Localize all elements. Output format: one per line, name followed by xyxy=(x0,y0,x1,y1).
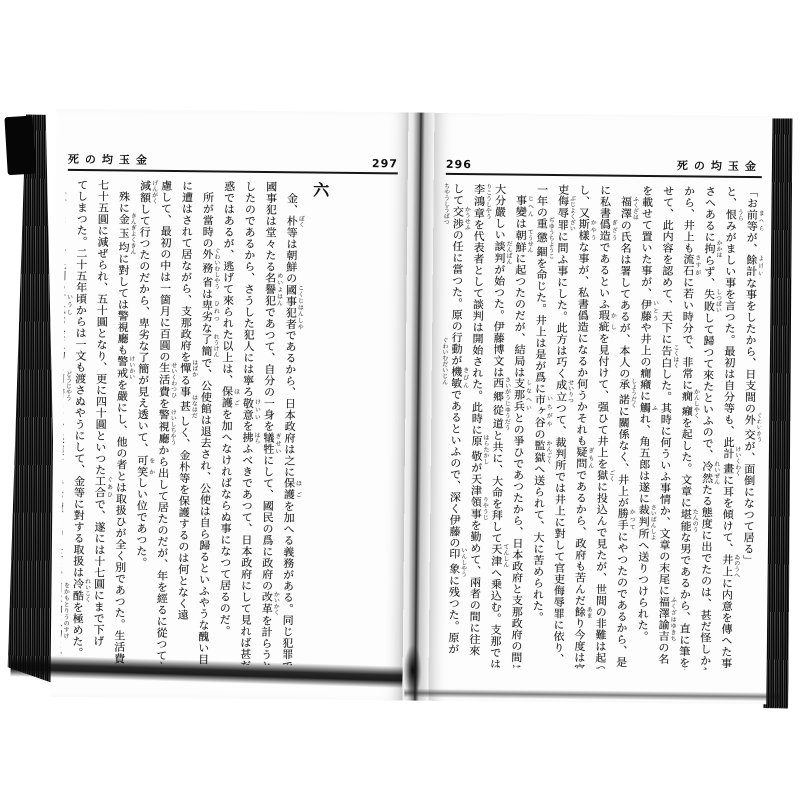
page-number: 296 xyxy=(446,158,472,171)
page-header: 296 死の均玉金 xyxy=(446,147,762,178)
page-296-text: 「お前等まへらが、餘計よけいな事をしたから、日支間の外交ぐわいかうが、面倒になつ… xyxy=(439,183,764,670)
text-column: 「お前等まへらが、餘計よけいな事をしたから、日支間の外交ぐわいかうが、面倒になつ… xyxy=(738,186,764,670)
page-header: 死の均玉金 297 xyxy=(68,143,398,174)
page-number: 297 xyxy=(372,157,398,170)
page-296: 296 死の均玉金 「お前等まへらが、餘計よけいな事をしたから、日支間の外交ぐわ… xyxy=(428,113,772,705)
running-title: 死の均玉金 xyxy=(68,151,153,168)
running-title: 死の均玉金 xyxy=(677,157,762,174)
page-297: 死の均玉金 297 六 金、朴ぼく等は朝鮮の國事犯者こくじはんしやであるから、日… xyxy=(50,109,408,701)
scanned-book-spread: 死の均玉金 297 六 金、朴ぼく等は朝鮮の國事犯者こくじはんしやであるから、日… xyxy=(6,108,794,704)
section-heading: 六 xyxy=(299,181,400,666)
scan-corner-shadow xyxy=(4,116,35,176)
page-297-text: 六 金、朴ぼく等は朝鮮の國事犯者こくじはんしやであるから、日本政府は之に保護ほご… xyxy=(61,179,400,666)
